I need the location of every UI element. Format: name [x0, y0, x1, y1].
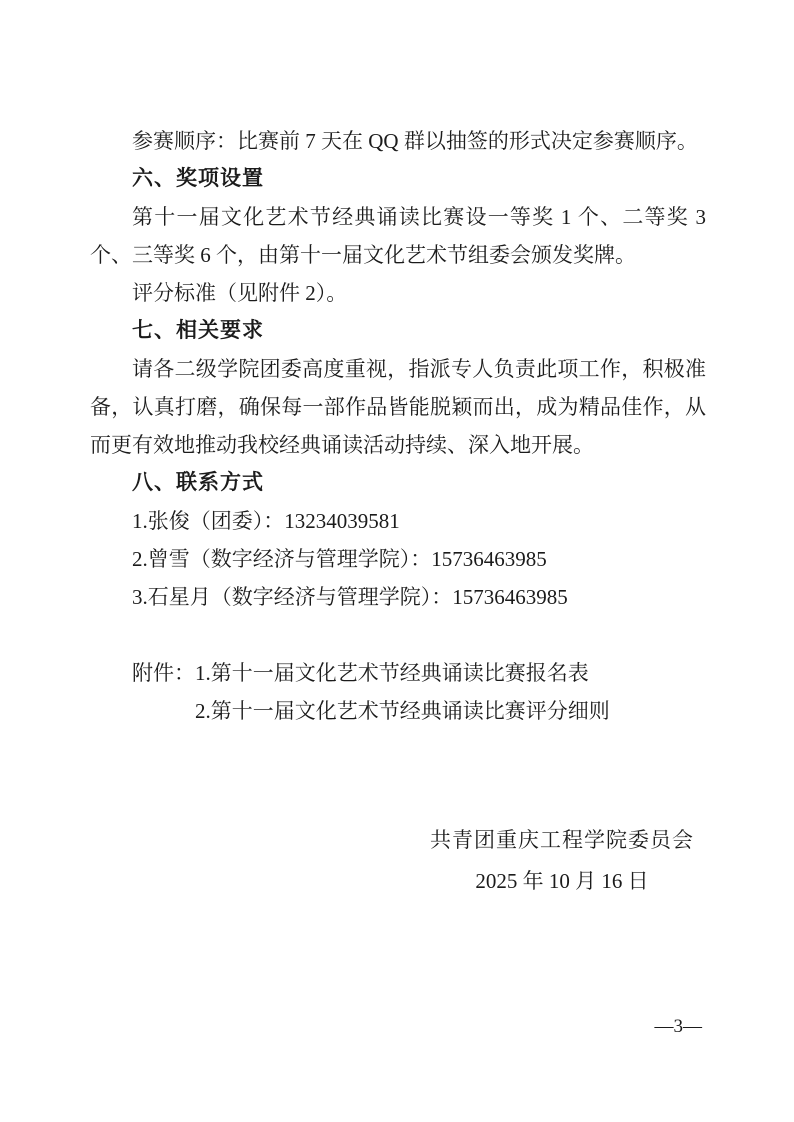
signature-organization: 共青团重庆工程学院委员会: [430, 820, 694, 861]
section-heading-requirements: 七、相关要求: [90, 312, 706, 350]
document-page: 参赛顺序：比赛前 7 天在 QQ 群以抽签的形式决定参赛顺序。 六、奖项设置 第…: [0, 0, 794, 1122]
blank-line: [90, 616, 706, 654]
attachments-list: 1.第十一届文化艺术节经典诵读比赛报名表 2.第十一届文化艺术节经典诵读比赛评分…: [195, 654, 706, 730]
scoring-note-paragraph: 评分标准（见附件 2）。: [90, 274, 706, 312]
section-heading-awards: 六、奖项设置: [90, 160, 706, 198]
signature-date: 2025 年 10 月 16 日: [430, 861, 694, 902]
attachment-item-registration-form: 1.第十一届文化艺术节经典诵读比赛报名表: [195, 661, 589, 685]
contact-item-zhangjun: 1.张俊（团委）：13234039581: [90, 502, 706, 540]
page-number: —3—: [655, 1015, 703, 1039]
attachment-item-scoring-rules: 2.第十一届文化艺术节经典诵读比赛评分细则: [195, 699, 610, 723]
requirements-paragraph: 请各二级学院团委高度重视，指派专人负责此项工作，积极准备，认真打磨，确保每一部作…: [90, 350, 706, 464]
awards-paragraph: 第十一届文化艺术节经典诵读比赛设一等奖 1 个、二等奖 3 个、三等奖 6 个，…: [90, 198, 706, 274]
contact-item-zengxue: 2.曾雪（数字经济与管理学院）：15736463985: [90, 540, 706, 578]
attachments-block: 附件： 1.第十一届文化艺术节经典诵读比赛报名表 2.第十一届文化艺术节经典诵读…: [90, 654, 706, 730]
section-heading-contacts: 八、联系方式: [90, 464, 706, 502]
contact-item-shixingyue: 3.石星月（数字经济与管理学院）：15736463985: [90, 578, 706, 616]
document-body: 参赛顺序：比赛前 7 天在 QQ 群以抽签的形式决定参赛顺序。 六、奖项设置 第…: [90, 122, 706, 730]
participation-order-paragraph: 参赛顺序：比赛前 7 天在 QQ 群以抽签的形式决定参赛顺序。: [90, 122, 706, 160]
signature-block: 共青团重庆工程学院委员会 2025 年 10 月 16 日: [430, 820, 694, 902]
attachments-label: 附件：: [132, 654, 195, 692]
